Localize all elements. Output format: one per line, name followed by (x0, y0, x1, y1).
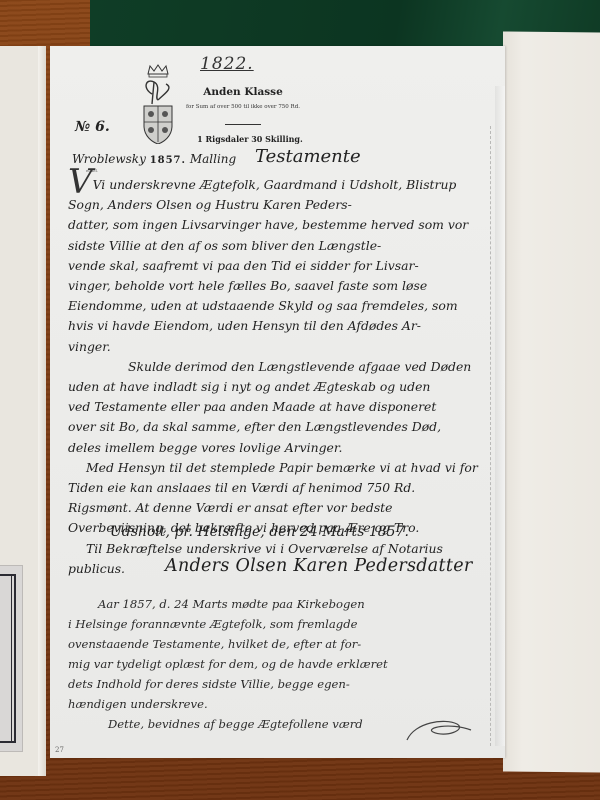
notary-attestation: Aar 1857, d. 24 Marts mødte paa Kirkebog… (68, 594, 478, 734)
testament-document-sheet: 1822. № 6. Anden Klasse for Sum af over … (50, 46, 505, 758)
body-line: Med Hensyn til det stemplede Papir bemær… (68, 458, 483, 498)
signatures: Anders Olsen Karen Pedersdatter (165, 556, 473, 576)
body-line: vinger, beholde vort hele fælles Bo, saa… (68, 276, 483, 296)
testament-body: VVi underskrevne Ægtefolk, Gaardmand i U… (68, 172, 483, 579)
initial-letter: V (68, 162, 93, 202)
folder-page-edges (38, 46, 46, 776)
body-line: ved Testamente eller paa anden Maade at … (68, 397, 483, 417)
notary-line: hændigen underskreve. (68, 694, 478, 714)
stamp-class-label: Anden Klasse (198, 86, 288, 98)
notary-line: i Helsinge forannævnte Ægtefolk, som fre… (68, 614, 478, 634)
stamp-printer-line: Wroblewsky 1857. Malling (72, 152, 236, 166)
archive-label-card (0, 565, 23, 752)
label-card-border (0, 574, 16, 743)
body-line: deles imellem begge vores lovlige Arving… (68, 438, 483, 458)
date-line: Udsholt, pr. Helsinge, den 24 Marts 1857… (110, 524, 409, 540)
handwritten-name: Malling (190, 152, 236, 166)
margin-fold-line (490, 126, 491, 746)
body-line: over sit Bo, da skal samme, efter den Læ… (68, 417, 483, 437)
body-line: VVi underskrevne Ægtefolk, Gaardmand i U… (68, 172, 483, 215)
notary-line: ovenstaaende Testamente, hvilket de, eft… (68, 634, 478, 654)
stamp-price: 1 Rigsdaler 30 Skilling. (185, 134, 315, 144)
page-mark: 27 (55, 746, 64, 754)
notary-line: dets Indhold for deres sidste Villie, be… (68, 674, 478, 694)
archive-folder-right-flap (503, 31, 600, 772)
body-line: Skulde derimod den Længstlevende afgaae … (68, 357, 483, 397)
royal-monogram-crest-icon (140, 64, 176, 144)
document-title: Testamente (255, 146, 361, 167)
stamp-divider (225, 124, 261, 125)
body-line: Eiendomme, uden at udstaaende Skyld og s… (68, 296, 483, 316)
stamp-number: № 6. (75, 119, 110, 135)
notary-flourish-icon (405, 716, 475, 742)
body-line: vende skal, saafremt vi paa den Tid ei s… (68, 256, 483, 276)
stamp-subtitle: for Sum af over 500 til ikke over 750 Rd… (178, 104, 308, 111)
body-line: datter, som ingen Livsarvinger have, bes… (68, 215, 483, 255)
paper-fold-shadow (495, 86, 505, 746)
notary-line: mig var tydeligt oplæst for dem, og de h… (68, 654, 478, 674)
body-line: vinger. (68, 337, 483, 357)
notary-line: Aar 1857, d. 24 Marts mødte paa Kirkebog… (68, 594, 478, 614)
archive-number: 1822. (200, 54, 254, 74)
stamp-year: 1857. (150, 155, 186, 166)
body-line: hvis vi havde Eiendom, uden Hensyn til d… (68, 316, 483, 336)
